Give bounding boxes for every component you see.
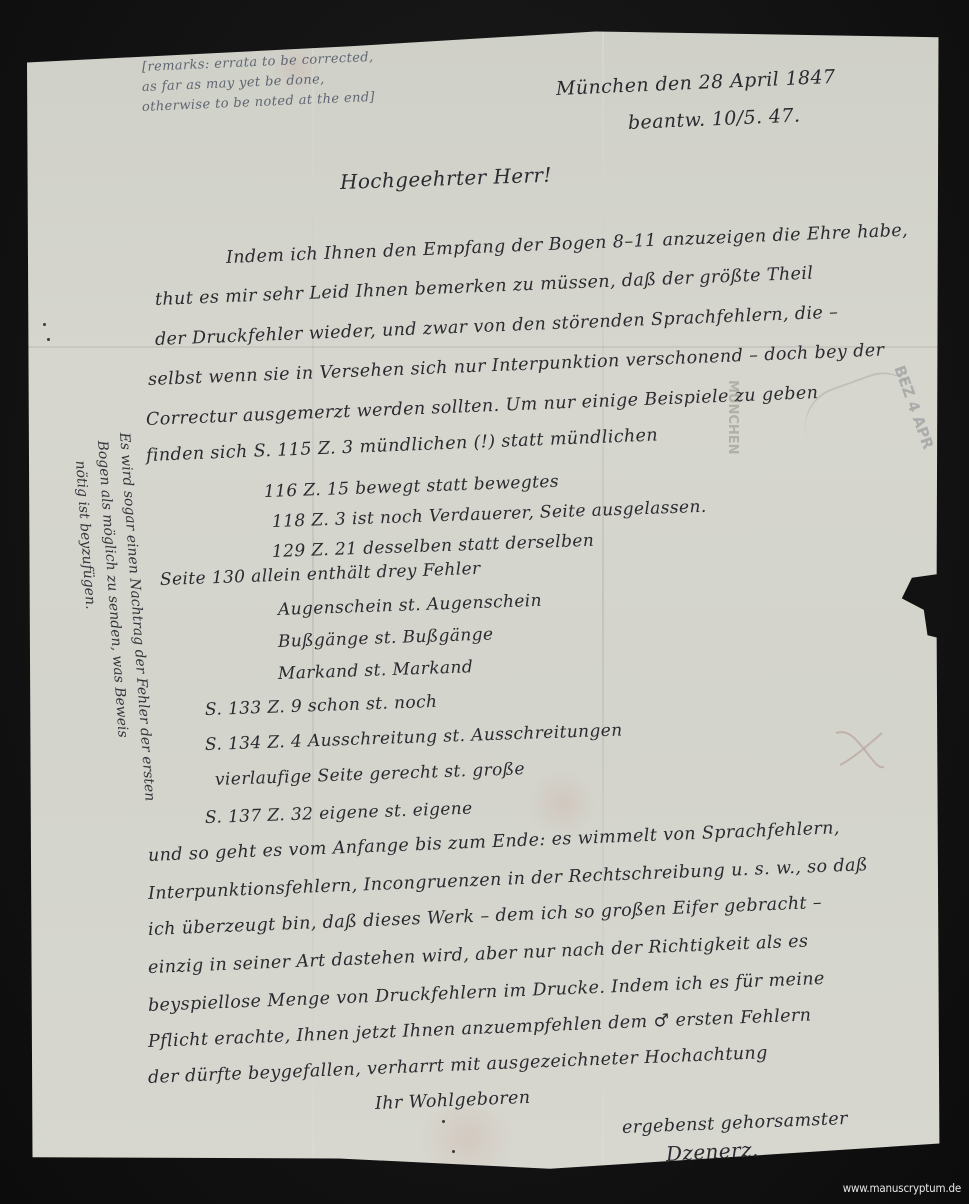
faint-postmark-box: MÜNCHEN bbox=[710, 380, 740, 470]
ink-dot bbox=[43, 323, 46, 326]
ink-dot bbox=[452, 1150, 455, 1153]
paper-stain bbox=[407, 1108, 527, 1168]
watermark: www.manuscryptum.de bbox=[843, 1181, 961, 1195]
ink-dot bbox=[442, 1120, 445, 1123]
ink-dot bbox=[47, 338, 50, 341]
cross-mark-icon bbox=[830, 725, 890, 775]
signature: Dzenerz. bbox=[665, 1137, 759, 1166]
fold-line-vertical bbox=[602, 28, 604, 1178]
